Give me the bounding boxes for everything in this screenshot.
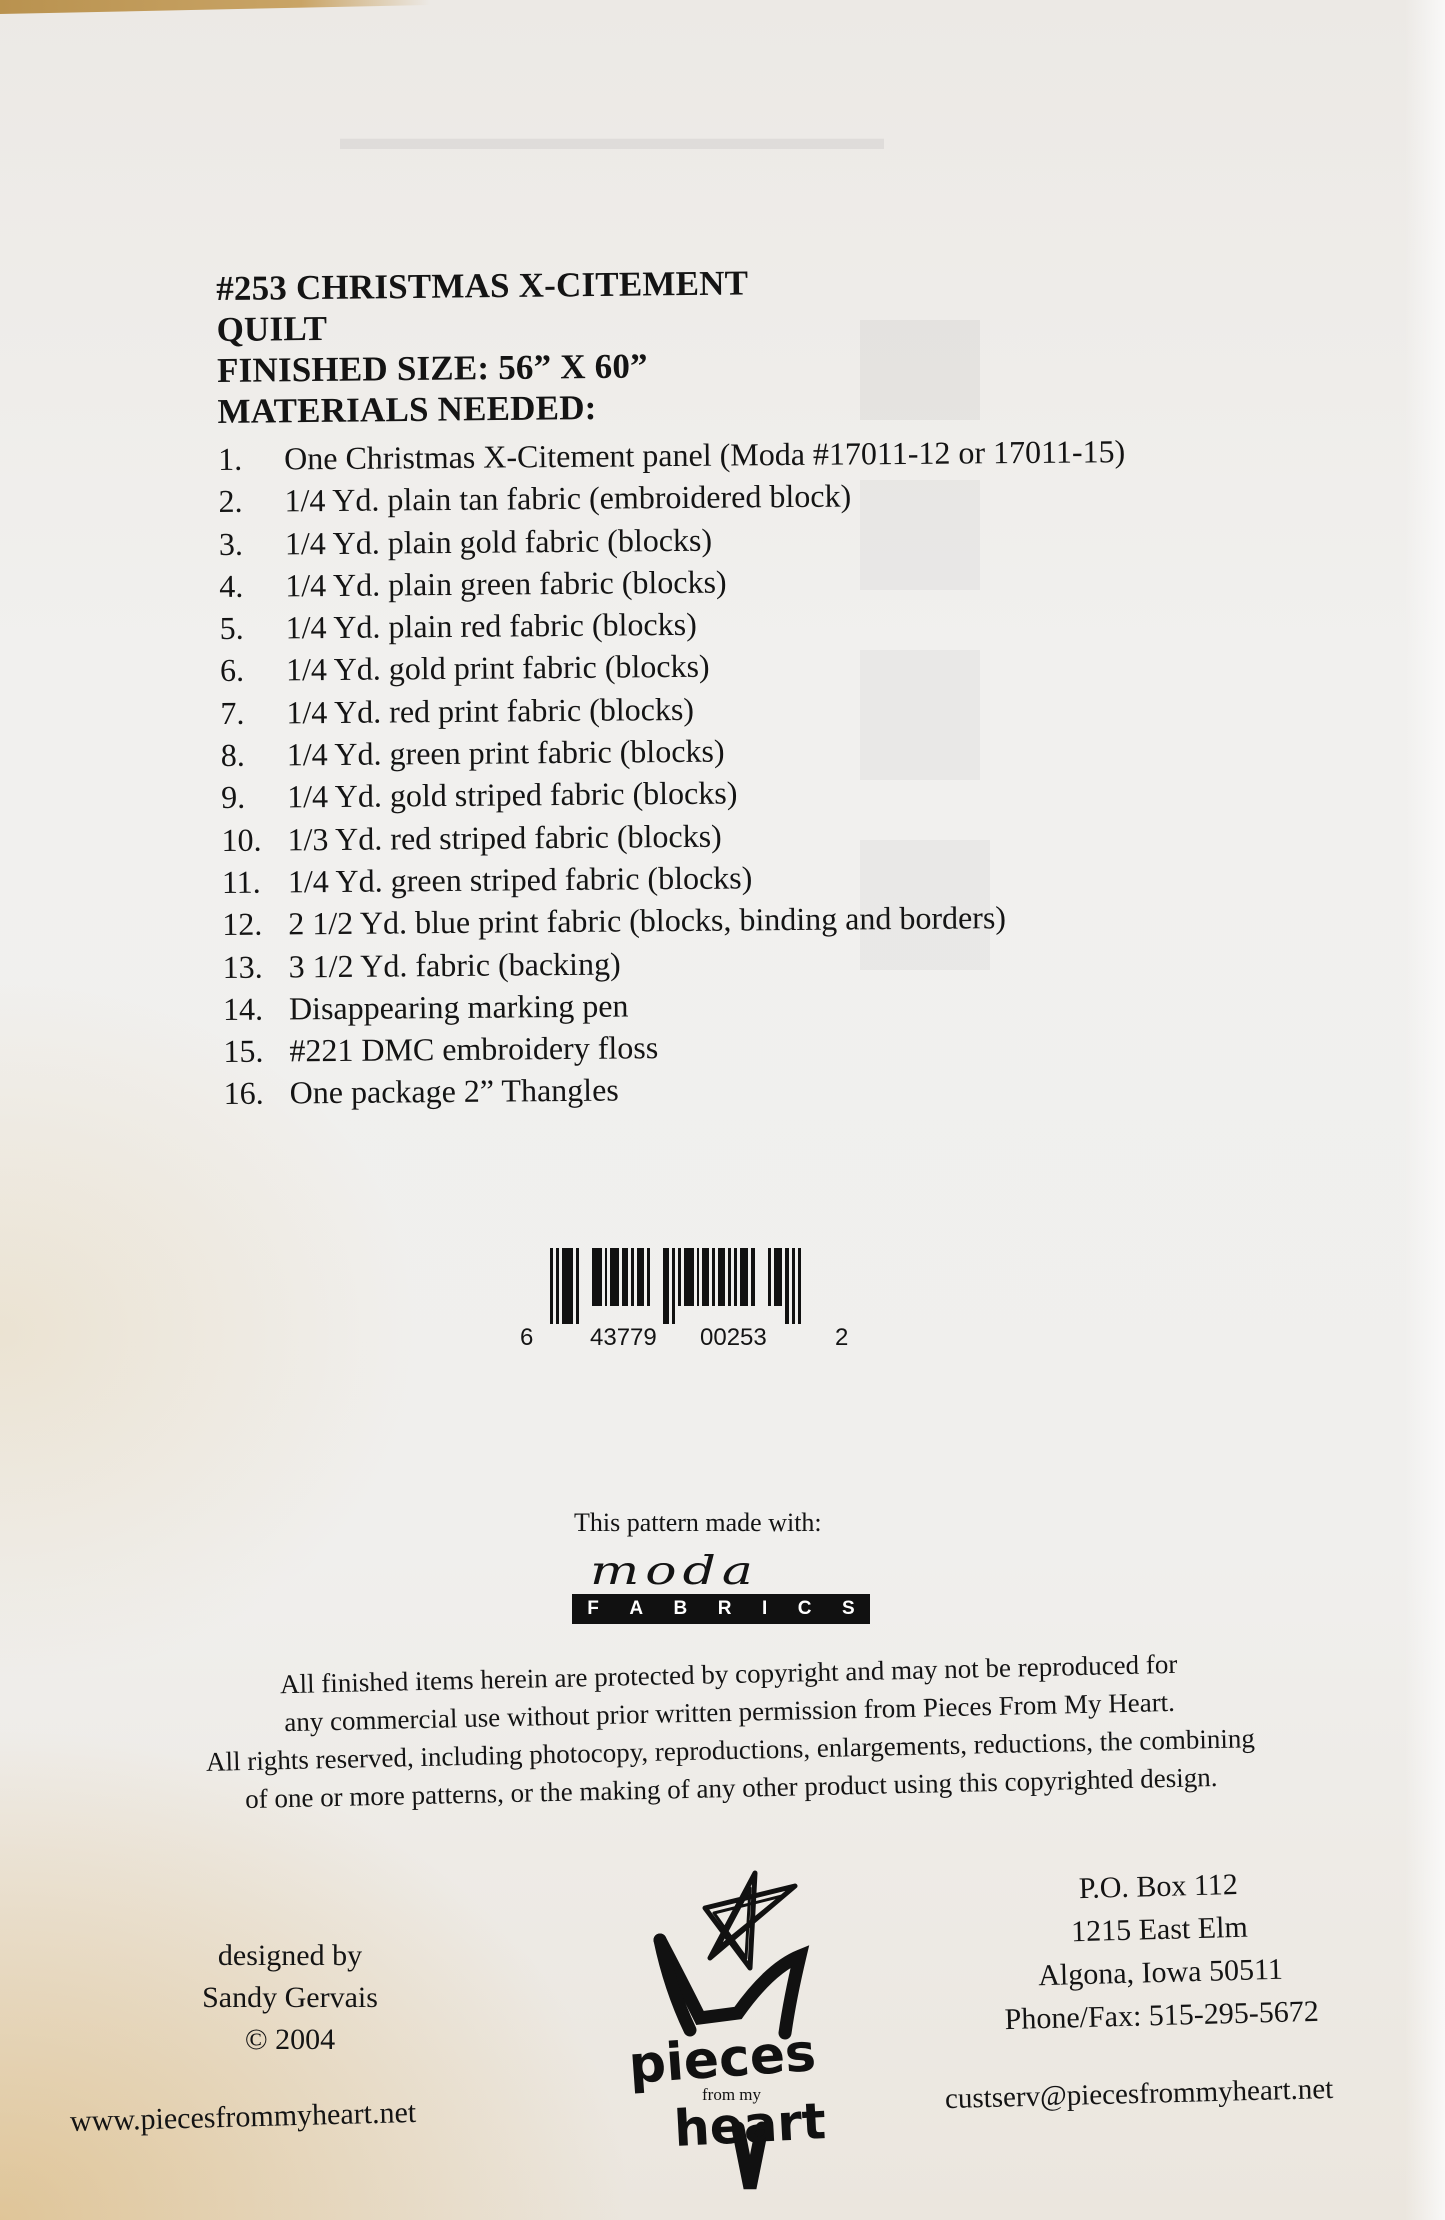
- barcode-digit-first: 6: [520, 1324, 533, 1352]
- barcode-bar: [631, 1248, 634, 1306]
- barcode-bar: [768, 1248, 771, 1306]
- barcode-bar: [637, 1248, 644, 1306]
- item-text: 1/4 Yd. plain red fabric (blocks): [285, 603, 696, 649]
- item-number: 7.: [220, 691, 286, 734]
- barcode-bar: [576, 1248, 579, 1324]
- page-edge-highlight: [1405, 0, 1445, 2220]
- item-text: Disappearing marking pen: [289, 984, 629, 1029]
- materials-list-item: 12.2 1/2 Yd. blue print fabric (blocks, …: [222, 895, 1129, 945]
- fabrics-letter: I: [762, 1598, 767, 1620]
- item-text: #221 DMC embroidery floss: [289, 1026, 658, 1072]
- barcode-bar: [774, 1248, 782, 1306]
- fabrics-letter: S: [842, 1598, 855, 1620]
- fabrics-letter: A: [629, 1598, 643, 1620]
- barcode-bar: [697, 1248, 699, 1306]
- barcode-bar: [718, 1248, 725, 1306]
- barcode-bar: [562, 1248, 573, 1324]
- made-with-label: This pattern made with:: [574, 1508, 822, 1538]
- barcode-bar: [550, 1248, 553, 1324]
- item-text: 1/4 Yd. gold print fabric (blocks): [286, 645, 710, 691]
- barcode-bar: [734, 1248, 737, 1306]
- barcode-bar: [740, 1248, 748, 1306]
- barcode-bar: [798, 1248, 801, 1324]
- item-number: 15.: [223, 1030, 289, 1073]
- barcode-bar: [712, 1248, 715, 1306]
- pattern-header: #253 CHRISTMAS X-CITEMENT QUILT FINISHED…: [216, 262, 750, 432]
- fabrics-letter: F: [587, 1598, 599, 1620]
- item-text: One Christmas X-Citement panel (Moda #17…: [284, 430, 1125, 480]
- item-number: 2.: [218, 480, 284, 523]
- barcode-bar: [728, 1248, 731, 1306]
- barcode-bar: [792, 1248, 795, 1324]
- item-text: 1/4 Yd. green striped fabric (blocks): [288, 856, 753, 902]
- fabrics-letter: B: [674, 1598, 688, 1620]
- pattern-title-cont: QUILT: [216, 303, 748, 350]
- barcode-bar: [663, 1248, 669, 1324]
- email-link[interactable]: custserv@piecesfrommyheart.net: [945, 2073, 1334, 2116]
- barcode-bars: [550, 1248, 880, 1318]
- barcode-bar: [684, 1248, 694, 1306]
- item-text: 1/4 Yd. plain green fabric (blocks): [285, 560, 727, 606]
- barcode-bar: [556, 1248, 559, 1324]
- materials-list-item: 1.One Christmas X-Citement panel (Moda #…: [218, 430, 1125, 480]
- star-icon: [705, 1873, 795, 1968]
- bleed-through-text: ▬▬▬▬▬▬▬▬▬▬▬▬▬▬▬▬: [340, 120, 884, 158]
- materials-heading: MATERIALS NEEDED:: [217, 385, 749, 432]
- designer-name: Sandy Gervais: [140, 1977, 440, 2019]
- item-text: One package 2” Thangles: [290, 1069, 619, 1114]
- item-number: 13.: [222, 945, 288, 988]
- barcode-bar: [647, 1248, 650, 1306]
- item-number: 11.: [222, 860, 288, 903]
- designer-credit: designed by Sandy Gervais © 2004: [140, 1935, 440, 2061]
- item-number: 4.: [219, 564, 285, 607]
- materials-list: 1.One Christmas X-Citement panel (Moda #…: [218, 430, 1131, 1115]
- pattern-title: #253 CHRISTMAS X-CITEMENT: [216, 262, 748, 309]
- item-text: 1/4 Yd. plain tan fabric (embroidered bl…: [284, 475, 851, 522]
- item-text: 2 1/2 Yd. blue print fabric (blocks, bin…: [288, 896, 1006, 945]
- fabrics-letter: R: [718, 1598, 732, 1620]
- bleed-through-swatch: [860, 320, 980, 420]
- barcode-bar: [678, 1248, 681, 1306]
- logo-word-heart: heart: [673, 2092, 828, 2158]
- barcode-bar: [751, 1248, 755, 1306]
- finished-size: FINISHED SIZE: 56” X 60”: [217, 344, 749, 391]
- barcode-group1: 43779: [590, 1324, 657, 1352]
- barcode-bar: [785, 1248, 789, 1324]
- designed-by-label: designed by: [140, 1935, 440, 1977]
- item-number: 14.: [223, 987, 289, 1030]
- materials-list-item: 16.One package 2” Thangles: [224, 1065, 1131, 1115]
- copyright-year: © 2004: [140, 2019, 440, 2061]
- barcode-digits: 6 43779 00253 2: [520, 1318, 880, 1348]
- barcode-bar: [605, 1248, 607, 1306]
- item-text: 1/4 Yd. gold striped fabric (blocks): [287, 772, 738, 818]
- item-number: 12.: [222, 903, 288, 946]
- item-text: 1/3 Yd. red striped fabric (blocks): [287, 814, 722, 860]
- moda-wordmark: moda: [570, 1554, 880, 1589]
- barcode-group2: 00253: [700, 1324, 767, 1352]
- table-edge-background: [0, 0, 430, 14]
- item-number: 3.: [219, 522, 285, 565]
- barcode-digit-last: 2: [835, 1324, 848, 1352]
- item-text: 1/4 Yd. green print fabric (blocks): [287, 730, 725, 776]
- fabrics-banner: FABRICS: [572, 1594, 870, 1624]
- item-number: 6.: [220, 649, 286, 692]
- item-number: 5.: [219, 607, 285, 650]
- item-number: 9.: [221, 776, 287, 819]
- item-number: 8.: [221, 733, 287, 776]
- contact-address: P.O. Box 112 1215 East Elm Algona, Iowa …: [938, 1859, 1382, 2042]
- barcode-bar: [702, 1248, 709, 1306]
- barcode-bar: [610, 1248, 619, 1306]
- item-number: 10.: [221, 818, 287, 861]
- fabrics-letter: C: [798, 1598, 812, 1620]
- item-number: 1.: [218, 437, 284, 480]
- barcode-bar: [622, 1248, 628, 1306]
- item-text: 1/4 Yd. red print fabric (blocks): [286, 688, 694, 734]
- item-text: 3 1/2 Yd. fabric (backing): [288, 942, 620, 987]
- moda-fabrics-logo: moda FABRICS: [570, 1548, 880, 1624]
- item-number: 16.: [224, 1072, 290, 1115]
- website-link[interactable]: www.piecesfrommyheart.net: [70, 2096, 417, 2139]
- item-text: 1/4 Yd. plain gold fabric (blocks): [285, 518, 713, 564]
- upc-barcode: 6 43779 00253 2: [520, 1248, 880, 1348]
- pieces-from-my-heart-logo: pieces from my heart: [610, 1868, 870, 2208]
- barcode-bar: [592, 1248, 602, 1306]
- barcode-bar: [672, 1248, 675, 1324]
- copyright-notice: All finished items herein are protected …: [58, 1640, 1401, 1822]
